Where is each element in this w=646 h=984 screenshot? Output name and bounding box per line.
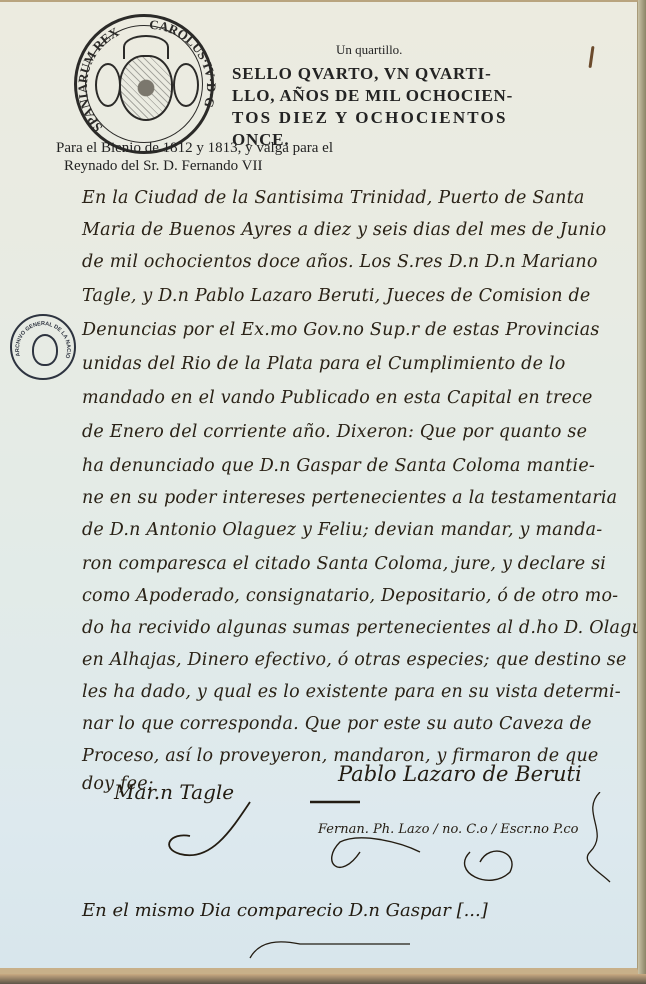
manuscript-line: Tagle, y D.n Pablo Lazaro Beruti, Jueces… [82,286,590,306]
closing-flourish-icon [240,934,420,964]
document-page: SPANIARUM REX CAROLUS·IV·D·G· Un quartil… [0,0,640,976]
manuscript-line: les ha dado, y qual es lo existente para… [82,682,621,702]
notary-rubric-icon [300,792,620,892]
signature-flourish-icon [150,792,270,872]
signature-beruti: Pablo Lazaro de Beruti [338,762,582,786]
manuscript-line: como Apoderado, consignatario, Depositar… [82,586,618,606]
stamp-reynado: Reynado del Sr. D. Fernando VII [64,158,262,175]
stamp-price: Un quartillo. [336,42,402,58]
manuscript-line: ron comparesca el citado Santa Coloma, j… [82,554,606,574]
stamp-header-line-1: SELLO QVARTO, VN QVARTI- [232,64,492,84]
manuscript-line: unidas del Rio de la Plata para el Cumpl… [82,354,565,374]
archive-stamp: ARCHIVO GENERAL DE LA NACION · ARGENTINA [10,314,76,380]
manuscript-line: do ha recivido algunas sumas pertenecien… [82,618,646,638]
manuscript-line: de D.n Antonio Olaguez y Feliu; devian m… [82,520,602,540]
manuscript-line: de Enero del corriente año. Dixeron: Que… [82,422,587,442]
royal-seal-stamp: SPANIARUM REX CAROLUS·IV·D·G· [74,14,214,154]
stamp-header-line-2: LLO, AÑOS DE MIL OCHOCIEN- [232,86,513,106]
closing-line: En el mismo Dia comparecio D.n Gaspar [.… [82,900,488,921]
manuscript-line: de mil ochocientos doce años. Los S.res … [82,252,598,272]
stamp-bienio: Para el Bienio de 1812 y 1813, y valga p… [56,140,333,157]
page-mark [588,46,594,68]
manuscript-line: ha denunciado que D.n Gaspar de Santa Co… [82,456,595,476]
manuscript-line: En la Ciudad de la Santisima Trinidad, P… [82,188,585,208]
manuscript-line: ne en su poder intereses pertenecientes … [82,488,617,508]
manuscript-line: Maria de Buenos Ayres a diez y seis dias… [82,220,606,240]
page-edge-bottom [0,974,646,984]
manuscript-line: mandado en el vando Publicado en esta Ca… [82,388,593,408]
manuscript-line: nar lo que corresponda. Que por este su … [82,714,592,734]
manuscript-line: en Alhajas, Dinero efectivo, ó otras esp… [82,650,627,670]
manuscript-line: Denuncias por el Ex.mo Gov.no Sup.r de e… [82,320,600,340]
stamp-header-line-3: TOS DIEZ Y OCHOCIENTOS [232,108,508,128]
page-edge-right [638,0,646,980]
argentine-shield-icon [32,334,58,366]
coat-of-arms-icon [119,55,173,121]
seal-scroll-right-icon [173,63,199,107]
seal-scroll-left-icon [95,63,121,107]
